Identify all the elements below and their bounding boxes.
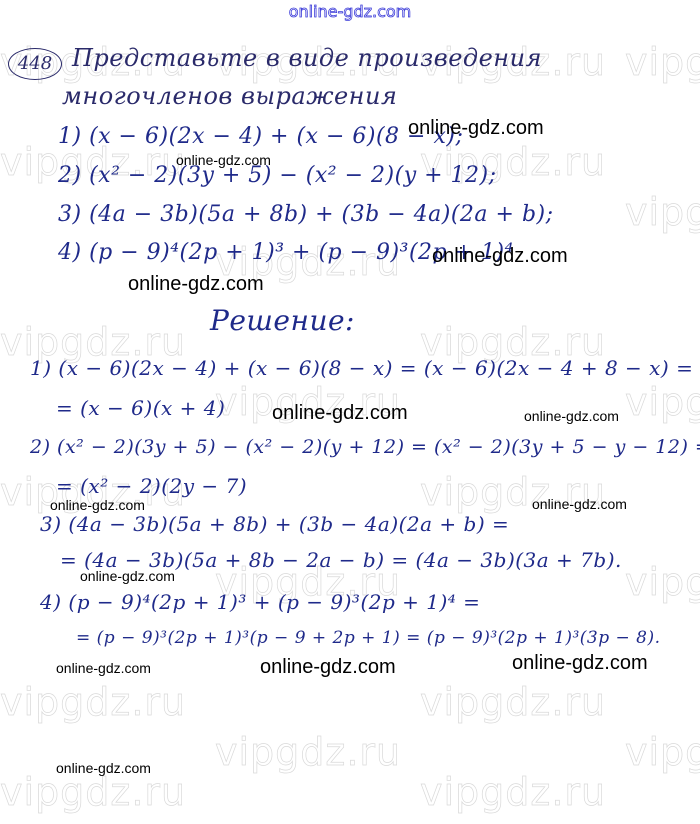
overlay-label: online-gdz.com bbox=[532, 496, 627, 512]
task-number: 448 bbox=[8, 48, 62, 80]
bg-watermark: vipgdz.ru bbox=[625, 560, 700, 604]
overlay-label: online-gdz.com bbox=[176, 152, 271, 168]
solution-3-line1: 3) (4a − 3b)(5a + 8b) + (3b − 4a)(2a + b… bbox=[40, 512, 509, 536]
solution-4-line1: 4) (p − 9)⁴(2p + 1)³ + (p − 9)³(2p + 1)⁴… bbox=[40, 590, 480, 614]
header-watermark: online-gdz.com bbox=[0, 2, 700, 21]
overlay-label: online-gdz.com bbox=[512, 652, 648, 675]
bg-watermark: vipgdz.ru bbox=[625, 730, 700, 774]
bg-watermark: vipgdz.ru bbox=[215, 730, 401, 774]
bg-watermark: vipgdz.ru bbox=[625, 190, 700, 234]
problem-3: 3) (4a − 3b)(5a + 8b) + (3b − 4a)(2a + b… bbox=[58, 202, 554, 227]
overlay-label: online-gdz.com bbox=[432, 245, 568, 268]
overlay-label: online-gdz.com bbox=[524, 408, 619, 424]
task-instruction-line1: Представьте в виде произведения bbox=[72, 44, 542, 72]
bg-watermark: vipgdz.ru bbox=[420, 770, 606, 814]
solution-4-line2: = (p − 9)³(2p + 1)³(p − 9 + 2p + 1) = (p… bbox=[76, 628, 661, 648]
solution-heading: Решение: bbox=[210, 304, 355, 337]
task-instruction-line2: многочленов выражения bbox=[62, 82, 397, 110]
bg-watermark: vipgdz.ru bbox=[0, 680, 186, 724]
overlay-label: online-gdz.com bbox=[56, 760, 151, 776]
solution-2-line1: 2) (x² − 2)(3y + 5) − (x² − 2)(y + 12) =… bbox=[30, 436, 700, 458]
problem-1: 1) (x − 6)(2x − 4) + (x − 6)(8 − x); bbox=[58, 124, 463, 149]
solution-2-line2: = (x² − 2)(2y − 7) bbox=[56, 474, 247, 498]
solution-1-line1: 1) (x − 6)(2x − 4) + (x − 6)(8 − x) = (x… bbox=[30, 356, 693, 380]
bg-watermark: vipgdz.ru bbox=[420, 680, 606, 724]
problem-2: 2) (x² − 2)(3y + 5) − (x² − 2)(y + 12); bbox=[58, 163, 497, 188]
overlay-label: online-gdz.com bbox=[260, 656, 396, 679]
bg-watermark: vipgdz.ru bbox=[0, 770, 186, 814]
overlay-label: online-gdz.com bbox=[408, 117, 544, 140]
overlay-label: online-gdz.com bbox=[56, 660, 151, 676]
overlay-label: online-gdz.com bbox=[80, 568, 175, 584]
overlay-label: online-gdz.com bbox=[272, 402, 408, 425]
bg-watermark: vipgdz.ru bbox=[625, 380, 700, 424]
overlay-label: online-gdz.com bbox=[128, 273, 264, 296]
solution-1-line2: = (x − 6)(x + 4) bbox=[56, 396, 225, 420]
bg-watermark: vipgdz.ru bbox=[625, 40, 700, 84]
overlay-label: online-gdz.com bbox=[50, 497, 145, 513]
